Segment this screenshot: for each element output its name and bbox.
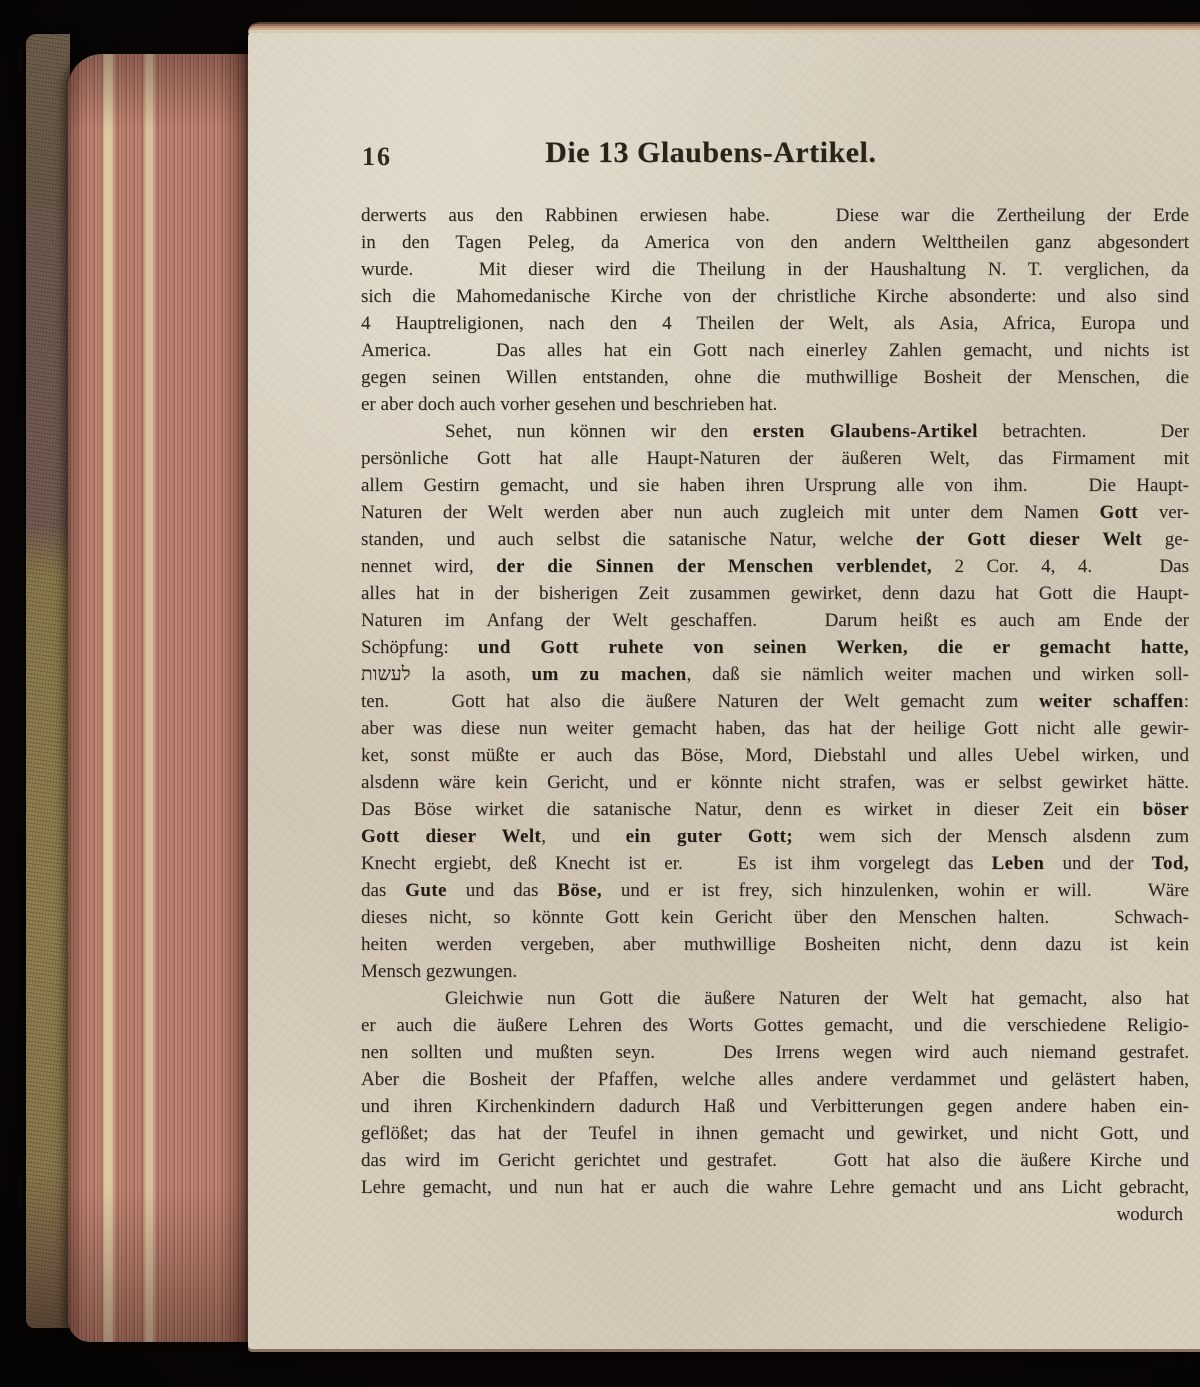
body-line: Sehet, nun können wir den ersten Glauben… <box>361 418 1189 445</box>
text-segment: Gleichwie nun Gott die äußere Naturen de… <box>445 988 1189 1009</box>
emphasized-text: ein guter Gott; <box>626 826 794 847</box>
text-segment: Aber die Bosheit der Pfaffen, welche all… <box>361 1069 1189 1090</box>
emphasized-text: böser <box>1143 799 1189 820</box>
body-line: Mensch gezwungen. <box>361 958 1189 985</box>
text-segment: ten. Gott hat also die äußere Naturen de… <box>361 691 1039 712</box>
book-cover-edge <box>26 34 70 1328</box>
body-line: geflößet; das hat der Teufel in ihnen ge… <box>361 1120 1189 1147</box>
body-line: America. Das alles hat ein Gott nach ein… <box>361 337 1189 364</box>
body-line: sich die Mahomedanische Kirche von der c… <box>361 283 1189 310</box>
text-segment: das <box>361 880 405 901</box>
text-segment: la asoth, <box>411 664 532 685</box>
text-segment: und der <box>1044 853 1151 874</box>
body-line: wodurch <box>361 1201 1189 1228</box>
body-line: persönliche Gott hat alle Haupt-Naturen … <box>361 445 1189 472</box>
text-segment: Knecht ergiebt, deß Knecht ist er. Es is… <box>361 853 992 874</box>
text-segment: wem sich der Mensch alsdenn zum <box>793 826 1189 847</box>
body-line: wurde. Mit dieser wird die Theilung in d… <box>361 256 1189 283</box>
body-line: Schöpfung: und Gott ruhete von seinen We… <box>361 634 1189 661</box>
text-segment: das wird im Gericht gerichtet und gestra… <box>361 1150 1189 1171</box>
page-stack-fore-edge <box>68 54 252 1342</box>
text-segment: Naturen im Anfang der Welt geschaffen. D… <box>361 610 1189 631</box>
body-line: das wird im Gericht gerichtet und gestra… <box>361 1147 1189 1174</box>
body-line: Lehre gemacht, und nun hat er auch die w… <box>361 1174 1189 1201</box>
body-line: nennet wird, der die Sinnen der Menschen… <box>361 553 1189 580</box>
text-segment: nen sollten und mußten seyn. Des Irrens … <box>361 1042 1189 1063</box>
text-segment: er aber doch auch vorher gesehen und bes… <box>361 394 777 415</box>
body-line: dieses nicht, so könnte Gott kein Gerich… <box>361 904 1189 931</box>
text-segment: Naturen der Welt werden aber nun auch zu… <box>361 502 1100 523</box>
text-segment: und er ist frey, sich hinzulenken, wohin… <box>602 880 1189 901</box>
book-page: 16 Die 13 Glaubens-Artikel. derwerts aus… <box>248 22 1200 1349</box>
body-line: das Gute und das Böse, und er ist frey, … <box>361 877 1189 904</box>
body-line: alles hat in der bisherigen Zeit zusamme… <box>361 580 1189 607</box>
body-line: gegen seinen Willen entstanden, ohne die… <box>361 364 1189 391</box>
text-segment: Sehet, nun können wir den <box>445 421 753 442</box>
body-line: er auch die äußere Lehren des Worts Gott… <box>361 1012 1189 1039</box>
text-segment: , daß sie nämlich weiter machen und wirk… <box>687 664 1189 685</box>
text-segment: und das <box>447 880 557 901</box>
emphasized-text: Gott <box>1100 502 1139 523</box>
body-line: allem Gestirn gemacht, und sie haben ihr… <box>361 472 1189 499</box>
emphasized-text: Gute <box>405 880 447 901</box>
emphasized-text: Gott dieser Welt <box>361 826 541 847</box>
emphasized-text: der Gott dieser Welt <box>916 529 1142 550</box>
emphasized-text: Böse, <box>557 880 602 901</box>
emphasized-text: Tod, <box>1152 853 1189 874</box>
text-segment: לעשות <box>361 664 411 685</box>
body-line: derwerts aus den Rabbinen erwiesen habe.… <box>361 202 1189 229</box>
text-segment: sich die Mahomedanische Kirche von der c… <box>361 286 1189 307</box>
emphasized-text: weiter schaffen <box>1039 691 1184 712</box>
body-line: in den Tagen Peleg, da America von den a… <box>361 229 1189 256</box>
text-segment: standen, und auch selbst die satanische … <box>361 529 916 550</box>
text-segment: ge- <box>1142 529 1189 550</box>
body-line: לעשות la asoth, um zu machen, daß sie nä… <box>361 661 1189 688</box>
body-line: er aber doch auch vorher gesehen und bes… <box>361 391 1189 418</box>
text-segment: persönliche Gott hat alle Haupt-Naturen … <box>361 448 1189 469</box>
body-text: derwerts aus den Rabbinen erwiesen habe.… <box>361 202 1189 1228</box>
body-line: heiten werden vergeben, aber muthwillige… <box>361 931 1189 958</box>
body-line: standen, und auch selbst die satanische … <box>361 526 1189 553</box>
text-segment: 4 Hauptreligionen, nach den 4 Theilen de… <box>361 313 1189 334</box>
emphasized-text: um zu machen <box>531 664 686 685</box>
text-segment: in den Tagen Peleg, da America von den a… <box>361 232 1189 253</box>
text-segment: Mensch gezwungen. <box>361 961 517 982</box>
text-segment: und ihren Kirchenkindern dadurch Haß und… <box>361 1096 1189 1117</box>
text-segment: aber was diese nun weiter gemacht haben,… <box>361 718 1189 739</box>
text-segment: ket, sonst müßte er auch das Böse, Mord,… <box>361 745 1189 766</box>
text-segment: dieses nicht, so könnte Gott kein Gerich… <box>361 907 1189 928</box>
text-segment: 2 Cor. 4, 4. Das <box>932 556 1189 577</box>
text-segment: ver- <box>1138 502 1189 523</box>
body-line: Gott dieser Welt, und ein guter Gott; we… <box>361 823 1189 850</box>
running-title: Die 13 Glaubens-Artikel. <box>545 136 876 170</box>
text-segment: wurde. Mit dieser wird die Theilung in d… <box>361 259 1189 280</box>
emphasized-text: und Gott ruhete von seinen Werken, die e… <box>478 637 1189 658</box>
body-line: Naturen der Welt werden aber nun auch zu… <box>361 499 1189 526</box>
emphasized-text: der die Sinnen der Menschen verblendet, <box>496 556 932 577</box>
text-segment: gegen seinen Willen entstanden, ohne die… <box>361 367 1189 388</box>
body-line: aber was diese nun weiter gemacht haben,… <box>361 715 1189 742</box>
body-line: Naturen im Anfang der Welt geschaffen. D… <box>361 607 1189 634</box>
body-line: 4 Hauptreligionen, nach den 4 Theilen de… <box>361 310 1189 337</box>
body-line: nen sollten und mußten seyn. Des Irrens … <box>361 1039 1189 1066</box>
text-segment: betrachten. Der <box>978 421 1189 442</box>
page-number: 16 <box>362 142 392 172</box>
body-line: ket, sonst müßte er auch das Böse, Mord,… <box>361 742 1189 769</box>
text-segment: alles hat in der bisherigen Zeit zusamme… <box>361 583 1189 604</box>
emphasized-text: Leben <box>992 853 1045 874</box>
page-top-edge <box>248 22 1200 33</box>
text-segment: heiten werden vergeben, aber muthwillige… <box>361 934 1189 955</box>
text-segment: allem Gestirn gemacht, und sie haben ihr… <box>361 475 1189 496</box>
text-segment: wodurch <box>1117 1204 1183 1225</box>
body-line: Das Böse wirket die satanische Natur, de… <box>361 796 1189 823</box>
text-segment: er auch die äußere Lehren des Worts Gott… <box>361 1015 1189 1036</box>
text-segment: , und <box>541 826 625 847</box>
text-segment: Schöpfung: <box>361 637 478 658</box>
emphasized-text: ersten Glaubens-Artikel <box>753 421 978 442</box>
text-segment: America. Das alles hat ein Gott nach ein… <box>361 340 1189 361</box>
body-line: ten. Gott hat also die äußere Naturen de… <box>361 688 1189 715</box>
body-line: Aber die Bosheit der Pfaffen, welche all… <box>361 1066 1189 1093</box>
body-line: Gleichwie nun Gott die äußere Naturen de… <box>361 985 1189 1012</box>
body-line: Knecht ergiebt, deß Knecht ist er. Es is… <box>361 850 1189 877</box>
text-segment: geflößet; das hat der Teufel in ihnen ge… <box>361 1123 1189 1144</box>
body-line: alsdenn wäre kein Gericht, und er könnte… <box>361 769 1189 796</box>
body-line: und ihren Kirchenkindern dadurch Haß und… <box>361 1093 1189 1120</box>
text-segment: Das Böse wirket die satanische Natur, de… <box>361 799 1143 820</box>
text-segment: derwerts aus den Rabbinen erwiesen habe.… <box>361 205 1189 226</box>
text-segment: nennet wird, <box>361 556 496 577</box>
text-segment: alsdenn wäre kein Gericht, und er könnte… <box>361 772 1189 793</box>
text-segment: Lehre gemacht, und nun hat er auch die w… <box>361 1177 1189 1198</box>
text-segment: : <box>1184 691 1189 712</box>
